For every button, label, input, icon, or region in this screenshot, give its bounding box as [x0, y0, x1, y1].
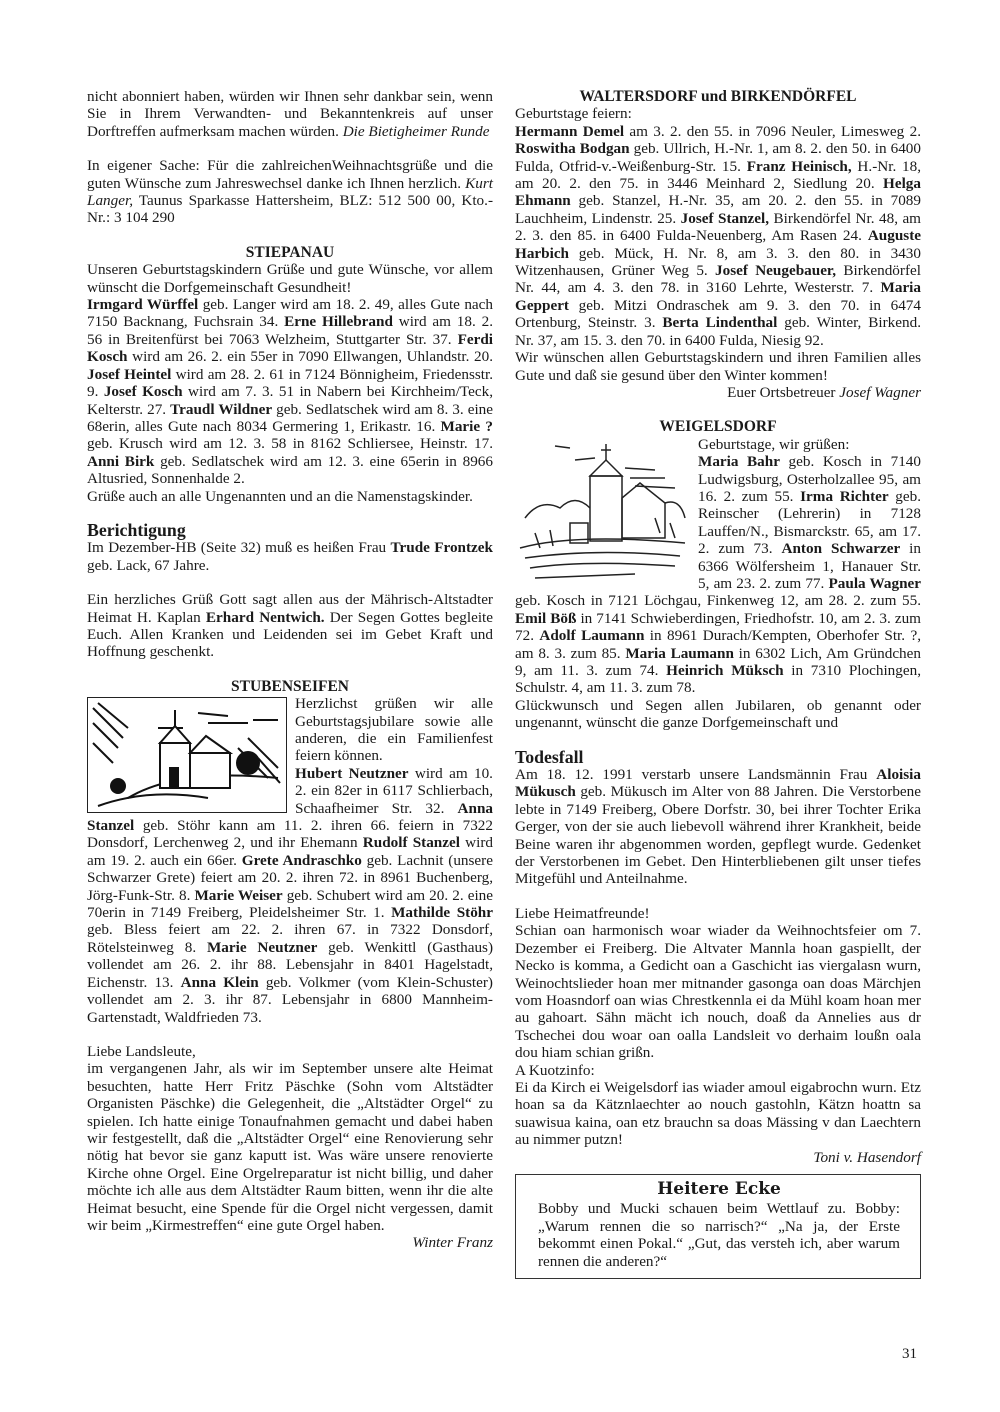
- person-name: Heinrich Müksch: [666, 662, 783, 679]
- section-landsleute-letter: Liebe Landsleute, im vergangenen Jahr, a…: [87, 1043, 493, 1252]
- italic-text: Die Bietigheimer Runde: [343, 123, 490, 140]
- person-name: Emil Böß: [515, 610, 576, 627]
- letter-body: Schian oan harmonisch woar wiader da Wei…: [515, 922, 921, 1061]
- text-run: Im Dezember-HB (Seite 32) muß es heißen …: [87, 539, 391, 556]
- salutation: Liebe Heimatfreunde!: [515, 905, 921, 922]
- section-title: Todesfall: [515, 749, 921, 766]
- text-run: am 3. 2. den 55. in 7096 Neuler, Limeswe…: [624, 123, 921, 140]
- person-name: Paula Wagner: [829, 575, 922, 592]
- heitere-ecke-box: Heitere Ecke Bobby und Mucki schauen bei…: [515, 1174, 921, 1279]
- text-run: Taunus Sparkasse Hattersheim, BLZ: 512 5…: [87, 192, 493, 226]
- page-number: 31: [902, 1346, 917, 1363]
- greeting-text: Unseren Geburtstagskindern Grüße und gut…: [87, 261, 493, 296]
- section-waltersdorf: WALTERSDORF und BIRKENDÖRFEL Geburtstage…: [515, 88, 921, 401]
- section-berichtigung: Berichtigung Im Dezember-HB (Seite 32) m…: [87, 522, 493, 574]
- church-illustration-icon: [515, 438, 690, 586]
- intro-paragraph: nicht abonniert haben, würden wir Ihnen …: [87, 88, 493, 140]
- section-title: WALTERSDORF und BIRKENDÖRFEL: [515, 88, 921, 105]
- text-run: geb. Mükusch im Alter von 88 Jahren. Die…: [515, 783, 921, 887]
- birthday-list: Hermann Demel am 3. 2. den 55. in 7096 N…: [515, 123, 921, 349]
- right-column: WALTERSDORF und BIRKENDÖRFEL Geburtstage…: [515, 88, 921, 1279]
- obituary-text: Am 18. 12. 1991 verstarb unsere Landsmän…: [515, 766, 921, 888]
- salutation: Liebe Landsleute,: [87, 1043, 493, 1060]
- person-name: Maria Bahr: [698, 453, 780, 470]
- text-run: geb. Kosch in 7121 Löchgau, Finkenweg 12…: [515, 592, 921, 609]
- person-name: Irmgard Würffel: [87, 296, 198, 313]
- signature: Euer Ortsbetreuer Josef Wagner: [515, 384, 921, 401]
- person-name: Josef Heintel: [87, 366, 171, 383]
- person-name: Franz Heinisch,: [747, 158, 852, 175]
- joke-text: Bobby und Mucki schauen beim Wettlauf zu…: [538, 1200, 900, 1270]
- section-heimatfreunde-letter: Liebe Heimatfreunde! Schian oan harmonis…: [515, 905, 921, 1166]
- section-title: Berichtigung: [87, 522, 493, 539]
- text-run: geb. Krusch wird am 12. 3. 58 in 8162 Sc…: [87, 435, 493, 452]
- text-run: Am 18. 12. 1991 verstarb unsere Landsmän…: [515, 766, 876, 783]
- left-column: nicht abonniert haben, würden wir Ihnen …: [87, 88, 493, 1252]
- correction-text: Im Dezember-HB (Seite 32) muß es heißen …: [87, 539, 493, 574]
- person-name: Erhard Nentwich.: [206, 609, 325, 626]
- section-title: STUBENSEIFEN: [87, 678, 493, 695]
- person-name: Josef Neugebauer,: [715, 262, 836, 279]
- letter-body: im vergangenen Jahr, als wir im Septembe…: [87, 1060, 493, 1234]
- person-name: Berta Lindenthal: [662, 314, 777, 331]
- intro-text: Geburtstage feiern:: [515, 105, 921, 122]
- person-name: Irma Richter: [800, 488, 888, 505]
- section-todesfall: Todesfall Am 18. 12. 1991 verstarb unser…: [515, 749, 921, 888]
- gruss-gott-paragraph: Ein herzliches Grüß Gott sagt allen aus …: [87, 591, 493, 661]
- birthday-list: Irmgard Würffel geb. Langer wird am 18. …: [87, 296, 493, 487]
- text-run: wird am 26. 2. ein 55er in 7090 Ellwange…: [128, 348, 493, 365]
- person-name: Josef Kosch: [104, 383, 183, 400]
- closing-text: Grüße auch an alle Ungenannten und an di…: [87, 488, 493, 505]
- signature-prefix: Euer Ortsbetreuer: [727, 384, 839, 401]
- person-name: Mathilde Stöhr: [391, 904, 493, 921]
- kuotzinfo-label: A Kuotzinfo:: [515, 1062, 921, 1079]
- person-name: Adolf Laumann: [539, 627, 644, 644]
- person-name: Erne Hillebrand: [284, 313, 393, 330]
- text-run: In eigener Sache: Für die zahlreichenWei…: [87, 157, 493, 191]
- person-name: Rudolf Stanzel: [363, 834, 460, 851]
- person-name: Maria Laumann: [625, 645, 734, 662]
- person-name: Hermann Demel: [515, 123, 624, 140]
- section-weigelsdorf: WEIGELSDORF Geburtstage, wir grüß: [515, 418, 921, 731]
- person-name: Roswitha Bodgan: [515, 140, 630, 157]
- person-name: Anna Klein: [181, 974, 259, 991]
- person-name: Anni Birk: [87, 453, 154, 470]
- church-illustration-icon: [87, 697, 287, 813]
- person-name: Anton Schwarzer: [782, 540, 901, 557]
- person-name: Traudl Wildner: [170, 401, 272, 418]
- closing-text: Glückwunsch und Segen allen Jubilaren, o…: [515, 697, 921, 732]
- eigene-sache-paragraph: In eigener Sache: Für die zahlreichenWei…: [87, 157, 493, 227]
- section-title: STIEPANAU: [87, 244, 493, 261]
- closing-text: Wir wünschen allen Geburtstagskindern un…: [515, 349, 921, 384]
- section-title: WEIGELSDORF: [515, 418, 921, 435]
- person-name: Trude Frontzek: [391, 539, 494, 556]
- person-name: Marie Weiser: [194, 887, 282, 904]
- kuotzinfo-body: Ei da Kirch ei Weigelsdorf ias wiader am…: [515, 1079, 921, 1149]
- person-name: Josef Stanzel,: [681, 210, 769, 227]
- section-stiepanau: STIEPANAU Unseren Geburtstagskindern Grü…: [87, 244, 493, 505]
- box-title: Heitere Ecke: [538, 1181, 900, 1198]
- signature-name: Josef Wagner: [839, 384, 921, 401]
- section-stubenseifen: STUBENSEIFEN: [87, 678, 493, 1026]
- person-name: Grete Andraschko: [242, 852, 362, 869]
- text-run: geb. Lack, 67 Jahre.: [87, 557, 209, 574]
- person-name: Marie ?: [441, 418, 493, 435]
- signature: Winter Franz: [87, 1234, 493, 1251]
- signature: Toni v. Hasendorf: [515, 1149, 921, 1166]
- person-name: Hubert Neutzner: [295, 765, 409, 782]
- person-name: Marie Neutzner: [207, 939, 317, 956]
